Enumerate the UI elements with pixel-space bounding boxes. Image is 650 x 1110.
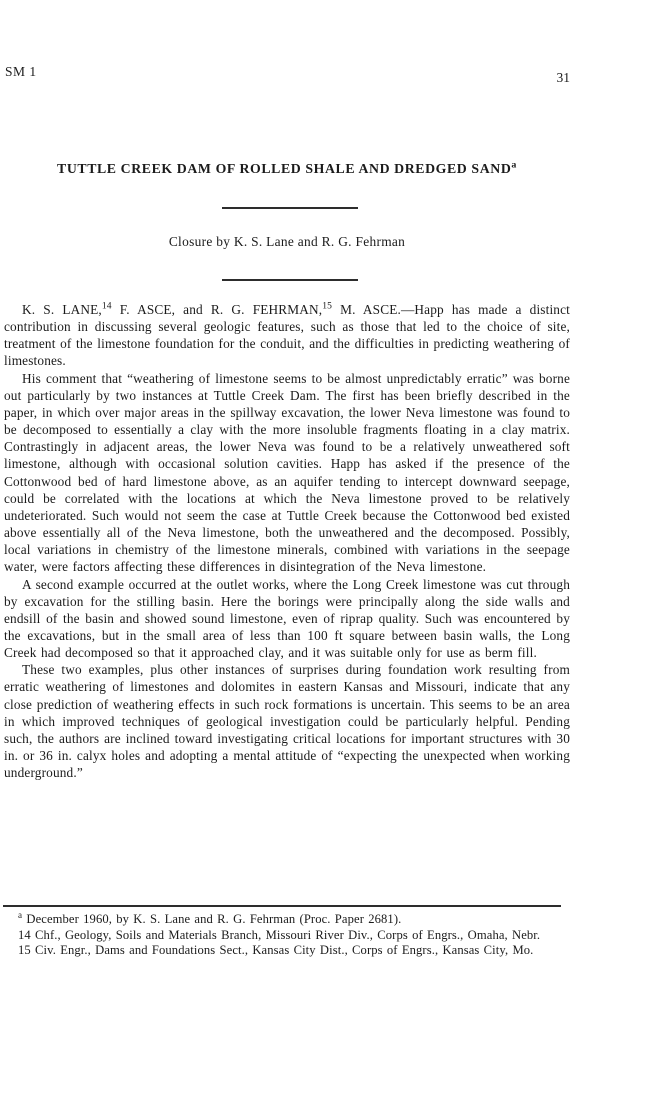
superscript-marker: a [511,159,517,170]
body-text: K. S. LANE,14 F. ASCE, and R. G. FEHRMAN… [4,301,570,781]
superscript-marker: a [18,910,22,920]
superscript-marker: 14 [102,301,112,312]
title-divider-rule [222,207,358,209]
byline-divider-rule [222,279,358,281]
footnote-divider-rule [3,905,561,907]
document-page: SM 1 31 TUTTLE CREEK DAM OF ROLLED SHALE… [0,0,650,1110]
body-paragraph: A second example occurred at the outlet … [4,576,570,662]
article-title: TUTTLE CREEK DAM OF ROLLED SHALE AND DRE… [4,161,570,177]
footnote: 15 Civ. Engr., Dams and Foundations Sect… [4,943,570,959]
superscript-marker: 15 [322,301,332,312]
running-head: SM 1 [5,64,37,80]
body-paragraph: K. S. LANE,14 F. ASCE, and R. G. FEHRMAN… [4,301,570,370]
closure-byline: Closure by K. S. Lane and R. G. Fehrman [4,234,570,250]
footnote: a December 1960, by K. S. Lane and R. G.… [4,912,570,928]
page-number: 31 [535,70,570,86]
body-paragraph: These two examples, plus other instances… [4,661,570,781]
body-paragraph: His comment that “weathering of limeston… [4,370,570,576]
footnote: 14 Chf., Geology, Soils and Materials Br… [4,928,570,944]
footnotes: a December 1960, by K. S. Lane and R. G.… [4,912,570,959]
